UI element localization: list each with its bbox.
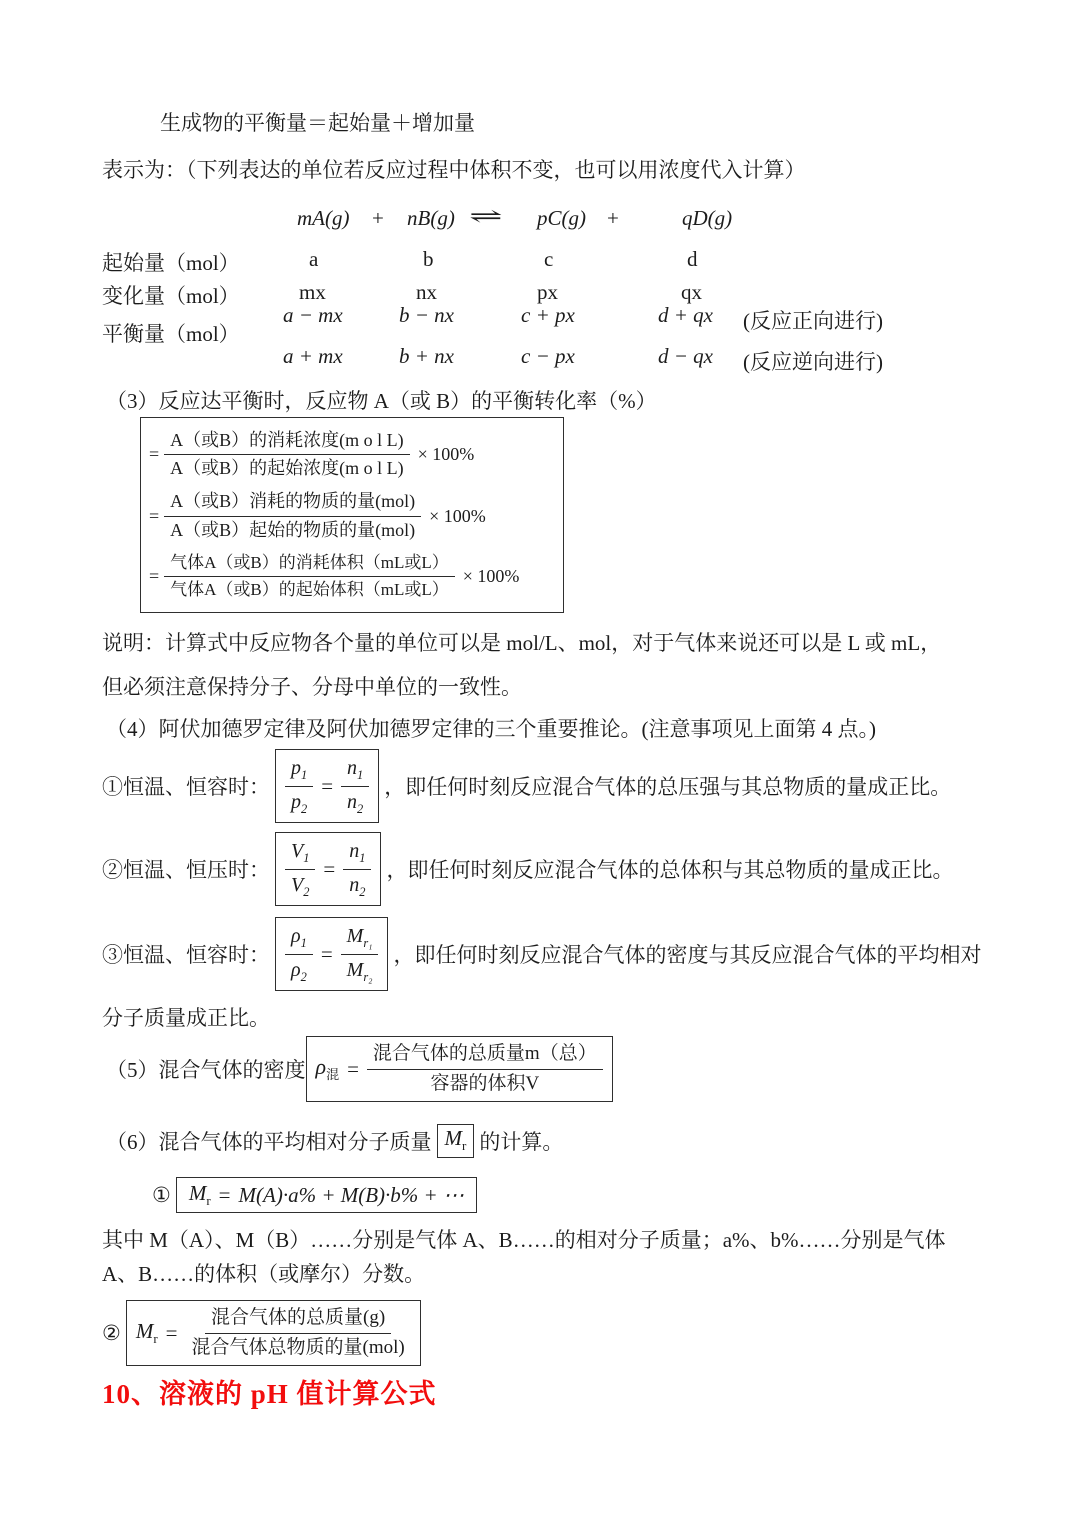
- table-cell: b − nx: [399, 303, 454, 328]
- section6-heading: （6）混合气体的平均相对分子质量 Mr 的计算。: [106, 1124, 563, 1158]
- fraction-numerator: 气体A（或B）的消耗体积（mL或L）: [164, 552, 455, 577]
- mr-symbol-box: Mr: [437, 1124, 475, 1158]
- formula-box: ρ1 ρ2 = Mr₁ Mr₂: [275, 917, 388, 990]
- times-100-percent: × 100%: [429, 506, 486, 527]
- table-cell: d: [687, 247, 698, 272]
- circled-2-marker: ②: [102, 1321, 121, 1346]
- section10-heading: 10、溶液的 pH 值计算公式: [102, 1372, 437, 1411]
- fraction-numerator: p1: [285, 755, 313, 786]
- table-cell: px: [537, 280, 558, 305]
- fraction: A（或B）消耗的物质的量(mol) A（或B）起始的物质的量(mol): [164, 490, 421, 542]
- fraction-numerator: n1: [341, 755, 369, 786]
- row-label-change: 变化量（mol）: [102, 280, 240, 310]
- avogadro-item-2: ②恒温、恒压时： V1 V2 = n1 n2 ，即任何时刻反应混合气体的总体积与…: [102, 833, 953, 905]
- row-label-start: 起始量（mol）: [102, 247, 240, 277]
- section4-heading: （4）阿伏加德罗定律及阿伏加德罗定律的三个重要推论。(注意事项见上面第 4 点。…: [106, 713, 876, 743]
- table-cell: a − mx: [283, 303, 343, 328]
- intro-line-2: 表示为：（下列表达的单位若反应过程中体积不变，也可以用浓度代入计算）: [102, 154, 806, 184]
- plus-sign: +: [372, 206, 384, 231]
- equals-sign: =: [321, 774, 333, 799]
- table-cell: a: [309, 247, 318, 272]
- item-prefix: ①恒温、恒容时：: [102, 771, 270, 801]
- table-cell: qx: [681, 280, 702, 305]
- equals-sign: =: [323, 857, 335, 882]
- density-symbol: ρ混: [316, 1054, 340, 1083]
- fraction-denominator: A（或B）起始的物质的量(mol): [164, 517, 421, 542]
- fraction: A（或B）的消耗浓度(m o l L) A（或B）的起始浓度(m o l L): [164, 429, 410, 481]
- fraction-numerator: n1: [343, 838, 371, 869]
- equation-row: = 气体A（或B）的消耗体积（mL或L） 气体A（或B）的起始体积（mL或L） …: [149, 552, 555, 601]
- table-cell: c: [544, 247, 553, 272]
- intro-line-1: 生成物的平衡量＝起始量＋增加量: [160, 107, 475, 137]
- paragraph-line-2: A、B……的体积（或摩尔）分数。: [102, 1258, 425, 1288]
- equals-sign: =: [219, 1183, 231, 1208]
- mr-symbol: Mr: [136, 1319, 158, 1347]
- fraction-denominator: A（或B）的起始浓度(m o l L): [164, 455, 410, 480]
- fraction: V1 V2: [285, 838, 315, 899]
- table-cell: c − px: [521, 344, 575, 369]
- formula-box: p1 p2 = n1 n2: [275, 749, 379, 822]
- equals-sign: =: [347, 1057, 359, 1082]
- fraction: 气体A（或B）的消耗体积（mL或L） 气体A（或B）的起始体积（mL或L）: [164, 552, 455, 601]
- fraction-numerator: ρ1: [285, 923, 313, 954]
- equals-sign: =: [149, 566, 159, 587]
- times-100-percent: × 100%: [463, 566, 520, 587]
- note-reverse: (反应逆向进行): [743, 346, 883, 376]
- item-prefix: ②恒温、恒压时：: [102, 854, 270, 884]
- section6-heading-post: 的计算。: [479, 1126, 563, 1156]
- fraction-denominator: n2: [343, 870, 371, 900]
- table-cell: b + nx: [399, 344, 454, 369]
- equation-row: = A（或B）的消耗浓度(m o l L) A（或B）的起始浓度(m o l L…: [149, 429, 555, 481]
- reaction-term-d: qD(g): [682, 206, 732, 231]
- times-100-percent: × 100%: [418, 444, 475, 465]
- equation-row: = A（或B）消耗的物质的量(mol) A（或B）起始的物质的量(mol) × …: [149, 490, 555, 542]
- item-text: ，即任何时刻反应混合气体的密度与其反应混合气体的平均相对: [393, 939, 981, 969]
- avogadro-item-1: ①恒温、恒容时： p1 p2 = n1 n2 ，即任何时刻反应混合气体的总压强与…: [102, 751, 951, 821]
- note-forward: (反应正向进行): [743, 305, 883, 335]
- section5-prefix: （5）混合气体的密度: [106, 1054, 306, 1084]
- reaction-term-b: nB(g): [407, 206, 455, 231]
- item-prefix: ③恒温、恒容时：: [102, 939, 270, 969]
- fraction: Mr₁ Mr₂: [341, 923, 379, 984]
- fraction-numerator: A（或B）的消耗浓度(m o l L): [164, 429, 410, 455]
- fraction-numerator: 混合气体的总质量m（总）: [367, 1042, 603, 1070]
- formula-2-box: Mr = 混合气体的总质量(g) 混合气体总物质的量(mol): [126, 1300, 421, 1366]
- conversion-rate-formula-box: = A（或B）的消耗浓度(m o l L) A（或B）的起始浓度(m o l L…: [140, 417, 564, 613]
- paragraph-line-1: 其中 M（A）、M（B）……分别是气体 A、B……的相对分子质量；a%、b%………: [102, 1224, 946, 1254]
- fraction-denominator: n2: [341, 787, 369, 817]
- reaction-term-c: pC(g): [537, 206, 586, 231]
- mr-formula-2-row: ② Mr = 混合气体的总质量(g) 混合气体总物质的量(mol): [102, 1290, 426, 1376]
- table-cell: b: [423, 247, 434, 272]
- section6-heading-pre: （6）混合气体的平均相对分子质量: [106, 1126, 432, 1156]
- avogadro-item-3: ③恒温、恒容时： ρ1 ρ2 = Mr₁ Mr₂ ，即任何时刻反应混合气体的密度…: [102, 915, 981, 993]
- fraction: 混合气体的总质量m（总） 容器的体积V: [367, 1042, 603, 1096]
- mr-formula-1-row: ① Mr = M(A)·a% + M(B)·b% + ⋯: [152, 1174, 482, 1216]
- equals-sign: =: [149, 506, 159, 527]
- fraction: ρ1 ρ2: [285, 923, 313, 984]
- table-cell: mx: [299, 280, 326, 305]
- row-label-equilibrium: 平衡量（mol）: [102, 318, 240, 348]
- document-page: 生成物的平衡量＝起始量＋增加量 表示为：（下列表达的单位若反应过程中体积不变，也…: [0, 0, 1080, 1528]
- fraction-denominator: 容器的体积V: [424, 1070, 545, 1097]
- fraction: n1 n2: [343, 838, 371, 899]
- fraction-denominator: 气体A（或B）的起始体积（mL或L）: [164, 577, 455, 601]
- fraction-numerator: V1: [285, 838, 315, 869]
- note-line-1: 说明：计算式中反应物各个量的单位可以是 mol/L、mol，对于气体来说还可以是…: [102, 627, 941, 657]
- item-text-continued: 分子质量成正比。: [102, 1002, 270, 1032]
- fraction-denominator: 混合气体总物质的量(mol): [186, 1334, 411, 1361]
- fraction-denominator: ρ2: [285, 955, 313, 985]
- item-text: ，即任何时刻反应混合气体的总体积与其总物质的量成正比。: [386, 854, 953, 884]
- fraction-denominator: p2: [285, 787, 313, 817]
- item-text: ，即任何时刻反应混合气体的总压强与其总物质的量成正比。: [384, 771, 951, 801]
- fraction-numerator: A（或B）消耗的物质的量(mol): [164, 490, 421, 516]
- fraction: n1 n2: [341, 755, 369, 816]
- plus-sign: +: [607, 206, 619, 231]
- circled-1-marker: ①: [152, 1183, 171, 1208]
- table-cell: d + qx: [658, 303, 713, 328]
- fraction-numerator: Mr₁: [341, 923, 379, 954]
- reaction-term-a: mA(g): [297, 206, 349, 231]
- table-cell: d − qx: [658, 344, 713, 369]
- table-cell: a + mx: [283, 344, 343, 369]
- table-cell: nx: [416, 280, 437, 305]
- equals-sign: =: [166, 1321, 178, 1346]
- fraction-numerator: 混合气体的总质量(g): [205, 1306, 391, 1334]
- table-cell: c + px: [521, 303, 575, 328]
- equilibrium-arrow-icon: ⇌: [469, 204, 502, 229]
- section3-heading: （3）反应达平衡时，反应物 A（或 B）的平衡转化率（%）: [106, 385, 657, 415]
- formula-box: V1 V2 = n1 n2: [275, 832, 381, 905]
- fraction-denominator: V2: [285, 870, 315, 900]
- mr-symbol: Mr: [189, 1181, 211, 1209]
- section5-row: （5）混合气体的密度 ρ混 = 混合气体的总质量m（总） 容器的体积V: [106, 1034, 618, 1104]
- equals-sign: =: [149, 444, 159, 465]
- equals-sign: =: [321, 942, 333, 967]
- fraction-denominator: Mr₂: [341, 955, 379, 985]
- fraction: p1 p2: [285, 755, 313, 816]
- density-formula-box: ρ混 = 混合气体的总质量m（总） 容器的体积V: [306, 1036, 613, 1102]
- formula-1-box: Mr = M(A)·a% + M(B)·b% + ⋯: [176, 1177, 477, 1213]
- note-line-2: 但必须注意保持分子、分母中单位的一致性。: [102, 671, 522, 701]
- fraction: 混合气体的总质量(g) 混合气体总物质的量(mol): [186, 1306, 411, 1360]
- formula-rhs: M(A)·a% + M(B)·b% + ⋯: [239, 1183, 464, 1208]
